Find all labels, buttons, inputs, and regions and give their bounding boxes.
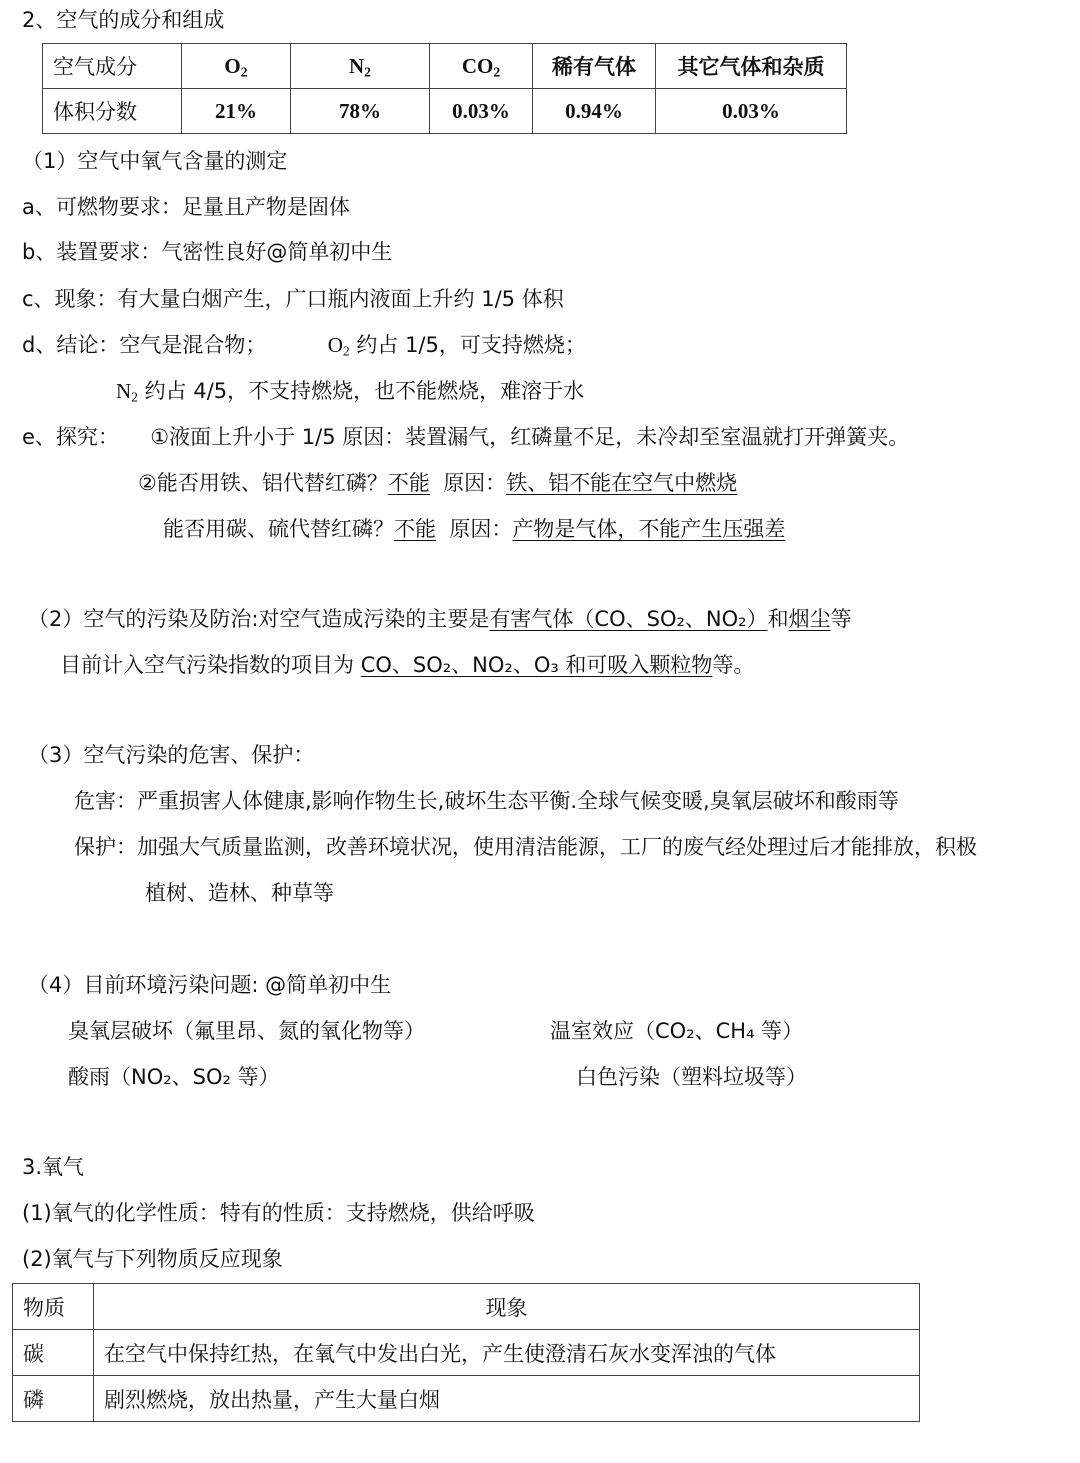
- oxygen-property: (1)氧气的化学性质：特有的性质：支持燃烧，供给呼吸: [22, 1198, 535, 1228]
- problem-acid-rain: 酸雨（NO₂、SO₂ 等）: [68, 1062, 280, 1092]
- substance-carbon: 碳: [13, 1330, 94, 1376]
- question-carbon-sulfur: 能否用碳、硫代替红磷？: [163, 517, 394, 541]
- part1-item-b: b、装置要求：气密性良好@简单初中生: [22, 237, 392, 267]
- pollution-index-items: CO、SO₂、NO₂、O₃ 和可吸入颗粒物: [361, 653, 713, 677]
- o2-conclusion: 约占 1/5，可支持燃烧；: [350, 333, 586, 357]
- value-n2: 78%: [291, 89, 430, 134]
- answer-carbon-sulfur: 不能: [394, 517, 436, 541]
- question-iron-aluminum: ②能否用铁、铝代替红磷？: [138, 471, 388, 495]
- oxygen-reaction-table: 物质 现象 碳 在空气中保持红热，在氧气中发出白光，产生使澄清石灰水变浑浊的气体…: [12, 1283, 920, 1422]
- table-row-components: 空气成分 O2 N2 CO2 稀有气体 其它气体和杂质: [43, 44, 847, 89]
- conclusion-prefix: d、结论：空气是混合物；: [22, 333, 266, 357]
- component-co2: CO2: [430, 44, 533, 89]
- air-composition-table: 空气成分 O2 N2 CO2 稀有气体 其它气体和杂质 体积分数 21% 78%…: [42, 43, 847, 134]
- part1-item-d-n2: N2 约占 4/5，不支持燃烧，也不能燃烧，难溶于水: [116, 376, 584, 406]
- answer-iron-aluminum: 不能: [388, 471, 430, 495]
- row-label-components: 空气成分: [43, 44, 182, 89]
- part1-item-e: e、探究： ①液面上升小于 1/5 原因：装置漏气，红磷量不足，未冷却至室温就打…: [22, 422, 909, 452]
- value-noble-gases: 0.94%: [533, 89, 656, 134]
- value-other-gases: 0.03%: [656, 89, 847, 134]
- part3-protect-cont: 植树、造林、种草等: [145, 878, 334, 908]
- problem-greenhouse: 温室效应（CO₂、CH₄ 等）: [550, 1016, 803, 1046]
- problem-white-pollution: 白色污染（塑料垃圾等）: [576, 1062, 807, 1092]
- table-row: 碳 在空气中保持红热，在氧气中发出白光，产生使澄清石灰水变浑浊的气体: [13, 1330, 920, 1376]
- reason-label: 原因：: [443, 471, 506, 495]
- n2-conclusion: 约占 4/5，不支持燃烧，也不能燃烧，难溶于水: [138, 379, 584, 403]
- component-o2: O2: [182, 44, 291, 89]
- explore-prefix: e、探究：: [22, 425, 119, 449]
- part4-title: （4）目前环境污染问题: @简单初中生: [28, 970, 391, 1000]
- part1-title: （1）空气中氧气含量的测定: [22, 146, 287, 176]
- suffix: 等。: [712, 653, 754, 677]
- harmful-gases: 有害气体（CO、SO₂、NO₂）: [489, 607, 767, 631]
- header-phenomenon: 现象: [94, 1284, 920, 1330]
- conjunction: 和: [768, 607, 789, 631]
- soot-dust: 烟尘: [789, 607, 831, 631]
- pollution-intro: （2）空气的污染及防治:对空气造成污染的主要是: [28, 607, 489, 631]
- value-co2: 0.03%: [430, 89, 533, 134]
- table-row-volume-fraction: 体积分数 21% 78% 0.03% 0.94% 0.03%: [43, 89, 847, 134]
- phenomenon-carbon: 在空气中保持红热，在氧气中发出白光，产生使澄清石灰水变浑浊的气体: [94, 1330, 920, 1376]
- n2-formula: N2: [116, 379, 138, 403]
- reason-iron-aluminum: 铁、铝不能在空气中燃烧: [506, 471, 737, 495]
- problem-ozone: 臭氧层破坏（氟里昂、氮的氧化物等）: [68, 1016, 425, 1046]
- value-o2: 21%: [182, 89, 291, 134]
- pollution-index-intro: 目前计入空气污染指数的项目为: [60, 653, 361, 677]
- phenomenon-phosphorus: 剧烈燃烧，放出热量，产生大量白烟: [94, 1376, 920, 1422]
- suffix: 等: [831, 607, 852, 631]
- part1-item-a: a、可燃物要求：足量且产物是固体: [22, 192, 350, 222]
- oxygen-reactions-title: (2)氧气与下列物质反应现象: [22, 1244, 283, 1274]
- explore-point-3: 能否用碳、硫代替红磷？不能 原因：产物是气体，不能产生压强差: [163, 514, 785, 544]
- part2-line1: （2）空气的污染及防治:对空气造成污染的主要是有害气体（CO、SO₂、NO₂）和…: [28, 604, 852, 634]
- header-substance: 物质: [13, 1284, 94, 1330]
- o2-formula: O2: [328, 333, 350, 357]
- explore-point-2: ②能否用铁、铝代替红磷？不能 原因：铁、铝不能在空气中燃烧: [138, 468, 737, 498]
- table-row: 磷 剧烈燃烧，放出热量，产生大量白烟: [13, 1376, 920, 1422]
- reason-label: 原因：: [449, 517, 512, 541]
- part1-item-c: c、现象：有大量白烟产生，广口瓶内液面上升约 1/5 体积: [22, 284, 564, 314]
- component-other-gases: 其它气体和杂质: [656, 44, 847, 89]
- substance-phosphorus: 磷: [13, 1376, 94, 1422]
- part3-harm: 危害：严重损害人体健康,影响作物生长,破坏生态平衡.全球气候变暖,臭氧层破坏和酸…: [74, 786, 899, 816]
- reason-carbon-sulfur: 产物是气体，不能产生压强差: [512, 517, 785, 541]
- component-n2: N2: [291, 44, 430, 89]
- part1-item-d: d、结论：空气是混合物； O2 约占 1/5，可支持燃烧；: [22, 330, 586, 360]
- section-heading-composition: 2、空气的成分和组成: [22, 5, 224, 35]
- part3-title: （3）空气污染的危害、保护：: [28, 740, 314, 770]
- part3-protect: 保护：加强大气质量监测，改善环境状况，使用清洁能源，工厂的废气经处理过后才能排放…: [74, 832, 977, 862]
- explore-point-1: ①液面上升小于 1/5 原因：装置漏气，红磷量不足，未冷却至室温就打开弹簧夹。: [150, 425, 909, 449]
- table-header-row: 物质 现象: [13, 1284, 920, 1330]
- part2-line2: 目前计入空气污染指数的项目为 CO、SO₂、NO₂、O₃ 和可吸入颗粒物等。: [60, 650, 754, 680]
- row-label-volume-fraction: 体积分数: [43, 89, 182, 134]
- section-heading-oxygen: 3.氧气: [22, 1152, 84, 1182]
- component-noble-gases: 稀有气体: [533, 44, 656, 89]
